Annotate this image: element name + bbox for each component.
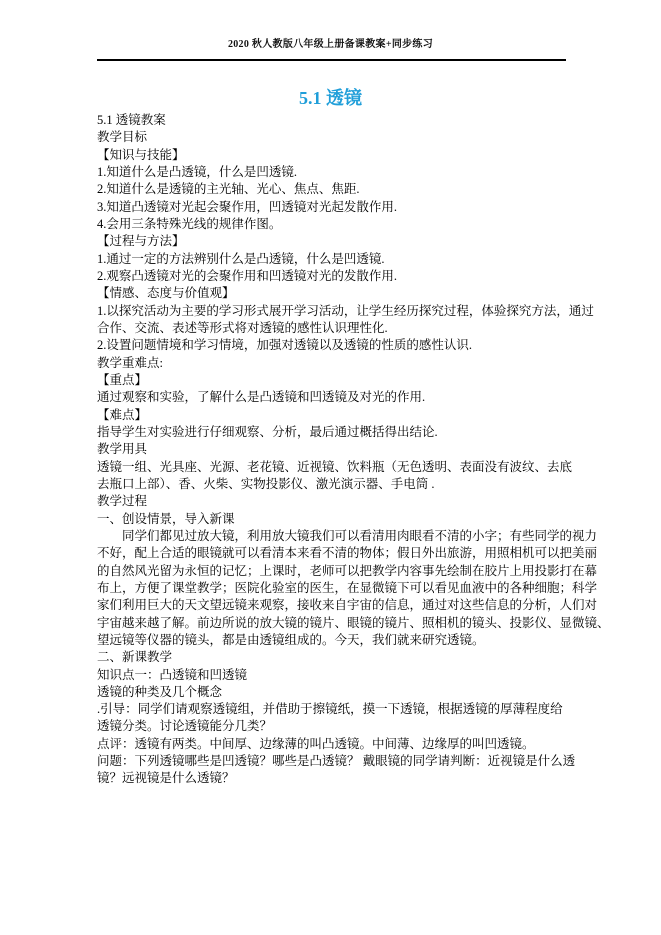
header-rule bbox=[97, 59, 566, 61]
text-line: 透镜分类。讨论透镜能分几类？ bbox=[97, 718, 575, 735]
page-header: 2020 秋人教版八年级上册备课教案+同步练习 bbox=[0, 35, 661, 50]
text-line: 2.知道什么是透镜的主光轴、光心、焦点、焦距. bbox=[97, 181, 575, 198]
text-line: 望远镜等仪器的镜头，都是由透镜组成的。今天，我们就来研究透镜。 bbox=[97, 632, 575, 649]
text-line: 布上，方便了课堂教学；医院化验室的医生，在显微镜下可以看见血液中的各种细胞；科学 bbox=[97, 580, 575, 597]
text-line: 去瓶口上部）、香、火柴、实物投影仪、激光演示器、手电筒 . bbox=[97, 476, 575, 493]
text-line: 透镜的种类及几个概念 bbox=[97, 684, 575, 701]
text-line: .引导：同学们请观察透镜组，并借助于擦镜纸，摸一下透镜，根据透镜的厚薄程度给 bbox=[97, 701, 575, 718]
text-line: 教学用具 bbox=[97, 441, 575, 458]
text-line: 【难点】 bbox=[97, 407, 575, 424]
text-line: 通过观察和实验，了解什么是凸透镜和凹透镜及对光的作用. bbox=[97, 389, 575, 406]
text-line: 1.知道什么是凸透镜，什么是凹透镜. bbox=[97, 164, 575, 181]
page-title: 5.1 透镜 bbox=[0, 84, 661, 110]
text-line: 的自然风光留为永恒的记忆；上课时，老师可以把教学内容事先绘制在胶片上用投影打在幕 bbox=[97, 563, 575, 580]
text-line: 一、创设情景，导入新课 bbox=[97, 511, 575, 528]
text-line: 教学目标 bbox=[97, 129, 575, 146]
text-line: 镜？远视镜是什么透镜？ bbox=[97, 770, 575, 787]
text-line: 家们利用巨大的天文望远镜来观察，接收来自宇宙的信息，通过对这些信息的分析，人们对 bbox=[97, 597, 575, 614]
text-line: 知识点一：凸透镜和凹透镜 bbox=[97, 667, 575, 684]
text-line: 1.通过一定的方法辨别什么是凸透镜，什么是凹透镜. bbox=[97, 251, 575, 268]
text-line: 教学重难点: bbox=[97, 355, 575, 372]
document-page: 2020 秋人教版八年级上册备课教案+同步练习 5.1 透镜 5.1 透镜教案教… bbox=[0, 0, 661, 935]
text-line: 宇宙越来越了解。前边所说的放大镜的镜片、眼镜的镜片、照相机的镜头、投影仪、显微镜… bbox=[97, 615, 575, 632]
text-line: 3.知道凸透镜对光起会聚作用，凹透镜对光起发散作用. bbox=[97, 199, 575, 216]
text-line: 【重点】 bbox=[97, 372, 575, 389]
text-line: 教学过程 bbox=[97, 493, 575, 510]
text-line: 2.观察凸透镜对光的会聚作用和凹透镜对光的发散作用. bbox=[97, 268, 575, 285]
text-line: 1.以探究活动为主要的学习形式展开学习活动，让学生经历探究过程，体验探究方法，通… bbox=[97, 303, 575, 320]
text-line: 不好，配上合适的眼镜就可以看清本来看不清的物体；假日外出旅游，用照相机可以把美丽 bbox=[97, 545, 575, 562]
text-line: 问题：下列透镜哪些是凹透镜？哪些是凸透镜？ 戴眼镜的同学请判断：近视镜是什么透 bbox=[97, 753, 575, 770]
text-line: 合作、交流、表述等形式将对透镜的感性认识理性化. bbox=[97, 320, 575, 337]
text-line: 【知识与技能】 bbox=[97, 147, 575, 164]
text-line: 同学们都见过放大镜，利用放大镜我们可以看清用肉眼看不清的小字；有些同学的视力 bbox=[97, 528, 575, 545]
text-line: 2.设置问题情境和学习情境，加强对透镜以及透镜的性质的感性认识. bbox=[97, 337, 575, 354]
text-line: 5.1 透镜教案 bbox=[97, 112, 575, 129]
text-line: 点评：透镜有两类。中间厚、边缘薄的叫凸透镜。中间薄、边缘厚的叫凹透镜。 bbox=[97, 736, 575, 753]
document-body: 5.1 透镜教案教学目标【知识与技能】1.知道什么是凸透镜，什么是凹透镜.2.知… bbox=[97, 112, 575, 788]
text-line: 【情感、态度与价值观】 bbox=[97, 285, 575, 302]
text-line: 透镜一组、光具座、光源、老花镜、近视镜、饮料瓶（无色透明、表面没有波纹、去底 bbox=[97, 459, 575, 476]
text-line: 4.会用三条特殊光线的规律作图。 bbox=[97, 216, 575, 233]
text-line: 二、新课教学 bbox=[97, 649, 575, 666]
text-line: 【过程与方法】 bbox=[97, 233, 575, 250]
text-line: 指导学生对实验进行仔细观察、分析，最后通过概括得出结论. bbox=[97, 424, 575, 441]
